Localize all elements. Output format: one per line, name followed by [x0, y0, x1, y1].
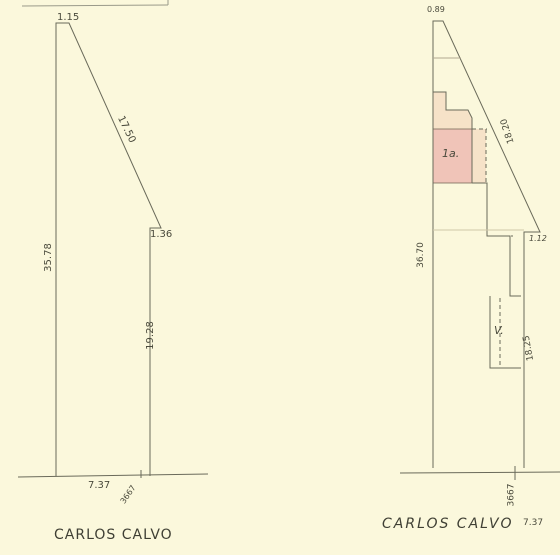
left-street-name: CARLOS CALVO — [54, 527, 173, 543]
paper-edge-line — [22, 5, 168, 6]
left-top-dimension: 1.15 — [57, 12, 79, 23]
right-top-dimension: 0.89 — [427, 5, 445, 14]
left-step-dimension: 1.36 — [150, 229, 172, 240]
light-pink-area — [433, 92, 472, 130]
left-frontage-dimension: 7.37 — [88, 480, 110, 491]
right-side-dimension: 19.28 — [145, 321, 156, 350]
right-step-dimension: 1.12 — [529, 234, 547, 243]
right-door-number: 3667 — [506, 484, 516, 507]
room-v-label: V. — [494, 324, 504, 337]
right-street-name: CARLOS CALVO — [382, 516, 514, 532]
plans-drawing — [0, 0, 560, 555]
room-1a-label: 1a. — [442, 147, 459, 160]
right-left-side-dimension: 36.70 — [416, 242, 426, 268]
left-side-dimension: 35.78 — [43, 243, 54, 272]
right-frontage-dimension: 7.37 — [523, 518, 543, 528]
